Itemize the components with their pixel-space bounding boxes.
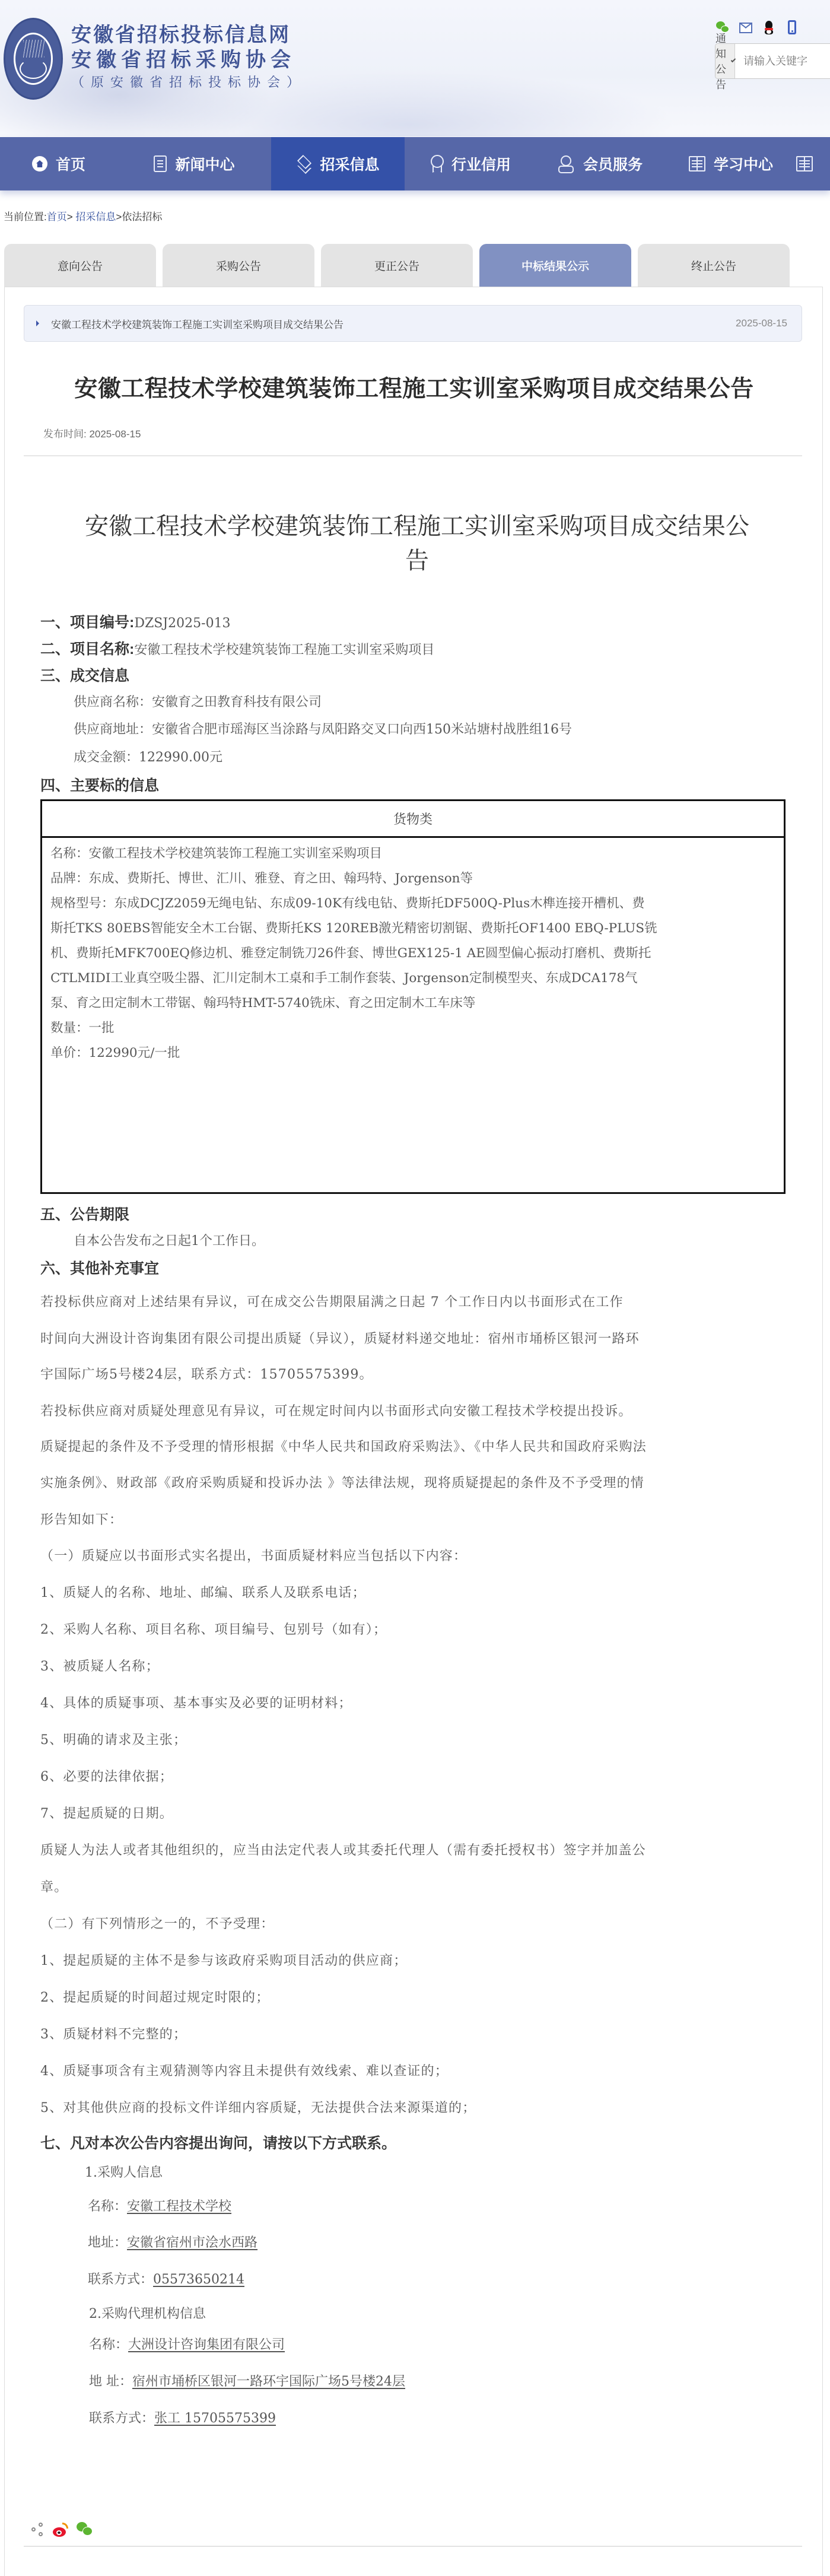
breadcrumb-separator: > [67,211,73,223]
goods-line: 斯托TKS 80EBS智能安全木工台锯、费斯托KS 120REB激光精密切割锯、… [50,916,775,941]
paragraph-line: 若投标供应商对上述结果有异议，可在成交公告期限届满之日起 7 个工作日内以书面形… [40,1292,624,1310]
section-project-name: 二、项目名称:安徽工程技术学校建筑装饰工程施工实训室采购项目 [40,637,434,659]
paragraph-line: 时间向大洲设计咨询集团有限公司提出质疑（异议），质疑材料递交地址：宿州市埇桥区银… [40,1329,640,1347]
tab-correction-notice[interactable]: 更正公告 [321,244,473,287]
nav-item-label: 行业信用 [451,153,511,174]
paragraph-line: 3、被质疑人名称； [40,1656,160,1675]
content-panel: 安徽工程技术学校建筑装饰工程施工实训室采购项目成交结果公告 2025-08-15… [4,287,823,2576]
section-label: 二、项目名称: [40,641,134,658]
home-icon [32,156,47,171]
user-icon [558,155,575,172]
logo-eye [20,59,47,79]
paragraph-line: 实施条例》、财政部《政府采购质疑和投诉办法 》等法律法规，现将质疑提起的条件及不… [40,1473,644,1491]
nav-item-home[interactable]: 首页 [0,137,117,190]
agency-heading: 2.采购代理机构信息 [89,2304,206,2322]
agency-contact: 联系方式：张工 15705575399 [89,2408,276,2426]
section-notice-period: 五、公告期限 [40,1203,129,1224]
paragraph-line: 2、提起质疑的时间超过规定时限的； [40,1987,269,2006]
purchaser-contact: 联系方式：05573650214 [88,2269,244,2288]
site-title-primary: 安徽省招标投标信息网 [71,23,306,47]
paragraph-line: 6、必要的法律依据； [40,1767,173,1785]
nav-item-label: 学习中心 [714,153,773,174]
list-item-date: 2025-08-15 [736,317,787,329]
section-other-matters: 六、其他补充事宜 [40,1257,159,1278]
article-title: 安徽工程技术学校建筑装饰工程施工实训室采购项目成交结果公 告 [40,509,794,578]
field-label: 名称： [88,2199,127,2214]
publish-time: 发布时间: 2025-08-15 [43,425,141,440]
divider [24,455,802,456]
field-label: 联系方式： [88,2272,153,2287]
breadcrumb: 当前位置:首页> 招采信息>依法招标 [4,208,162,223]
share-bar [31,2522,93,2537]
paragraph-line: 质疑提起的条件及不予受理的情形根据《中华人民共和国政府采购法》、《中华人民共和国… [40,1437,647,1455]
weibo-icon[interactable] [53,2523,68,2537]
agency-name-value: 大洲设计咨询集团有限公司 [128,2337,285,2352]
supplier-name: 供应商名称：安徽育之田教育科技有限公司 [74,692,322,710]
paragraph-line: 3、质疑材料不完整的； [40,2024,187,2043]
nav-item-industry-credit[interactable]: 行业信用 [405,137,535,190]
paragraph-line: 质疑人为法人或者其他组织的，应当由法定代表人或其委托代理人（需有委托授权书）签字… [40,1840,646,1859]
project-name: 安徽工程技术学校建筑装饰工程施工实训室采购项目 [134,643,434,658]
goods-table: 货物类 名称：安徽工程技术学校建筑装饰工程施工实训室采购项目 品牌：东成、费斯托… [40,799,786,1194]
paragraph-line: 2、采购人名称、项目名称、项目编号、包别号（如有）； [40,1619,387,1638]
paragraph-line: 1、提起质疑的主体不是参与该政府采购项目活动的供应商； [40,1951,407,1969]
wechat-icon[interactable] [77,2522,93,2537]
agency-contact-value: 张工 15705575399 [154,2411,276,2426]
article-title-line: 告 [40,544,794,578]
notice-period-text: 自本公告发布之日起1个工作日。 [74,1231,265,1249]
section-deal-info: 三、成交信息 [40,664,129,685]
search-category-label: 通知公告 [715,30,729,92]
section-project-number: 一、项目编号:DZSJ2025-013 [40,611,231,632]
layers-icon [296,156,311,171]
nav-item-label: 首页 [56,153,85,174]
mail-icon[interactable] [739,23,752,33]
nav-item-label: 招采信息 [320,153,379,174]
breadcrumb-prefix: 当前位置: [4,211,47,223]
qq-icon[interactable] [762,20,775,34]
goods-line: 机、费斯托MFK700EQ修边机、雅登定制铣刀26件套、博世GEX125-1 A… [50,941,775,966]
paragraph-line: 形告知如下： [40,1510,123,1528]
search-category-select[interactable]: 通知公告 [715,44,735,78]
tab-award-result[interactable]: 中标结果公示 [479,244,631,287]
site-title-secondary: 安徽省招标采购协会 [71,47,306,72]
paragraph-line: （二）有下列情形之一的，不予受理： [40,1914,274,1932]
announcement-list-item[interactable]: 安徽工程技术学校建筑装饰工程施工实训室采购项目成交结果公告 2025-08-15 [24,305,802,342]
paragraph-line: 宇国际广场5号楼24层，联系方式：15705575399。 [40,1364,373,1383]
section-contact: 七、凡对本次公告内容提出询问，请按以下方式联系。 [40,2132,396,2153]
association-logo[interactable] [4,18,63,100]
search-box: 通知公告 [715,43,830,79]
breadcrumb-current: 依法招标 [122,211,162,223]
site-header: 安徽省招标投标信息网 安徽省招标采购协会 （原安徽省招标投标协会） 通知公告 [0,0,830,136]
breadcrumb-section-link[interactable]: 招采信息 [75,211,116,223]
site-title-former-name: （原安徽省招标投标协会） [71,74,306,93]
goods-line: 规格型号：东成DCJZ2059无绳电钻、东成09-10K有线电钻、费斯托DF50… [50,891,775,916]
purchaser-address-value: 安徽省宿州市浍水西路 [127,2235,257,2250]
share-icon[interactable] [31,2523,44,2537]
project-number: DZSJ2025-013 [134,616,230,631]
list-item-title: 安徽工程技术学校建筑装饰工程施工实训室采购项目成交结果公告 [51,316,736,331]
purchaser-name-value: 安徽工程技术学校 [127,2199,231,2214]
logo-bridge-lines [23,40,44,58]
nav-item-member-service[interactable]: 会员服务 [535,137,666,190]
goods-line: 名称：安徽工程技术学校建筑装饰工程施工实训室采购项目 [50,841,775,866]
main-nav: 首页 新闻中心 招采信息 行业信用 会员服务 学习中心 [0,137,830,190]
section-label: 一、项目编号: [40,614,134,631]
book-icon [689,156,705,171]
article-title-line: 安徽工程技术学校建筑装饰工程施工实训室采购项目成交结果公 [40,509,794,544]
medal-icon [429,155,443,173]
search-input[interactable] [735,44,830,78]
goods-line: 品牌：东成、费斯托、博世、汇川、雅登、育之田、翰玛特、Jorgenson等 [50,866,775,891]
breadcrumb-separator: > [116,211,122,223]
paragraph-line: 7、提起质疑的日期。 [40,1803,173,1822]
goods-table-body: 名称：安徽工程技术学校建筑装饰工程施工实训室采购项目 品牌：东成、费斯托、博世、… [42,838,784,1069]
agency-name: 名称：大洲设计咨询集团有限公司 [89,2334,285,2353]
supplier-address: 供应商地址：安徽省合肥市瑶海区当涂路与凤阳路交叉口向西150米站塘村战胜组16号 [74,719,572,738]
nav-item-news[interactable]: 新闻中心 [117,137,271,190]
announcement-tabs: 意向公告 采购公告 更正公告 中标结果公示 终止公告 [4,244,790,287]
goods-line: 数量：一批 [50,1016,775,1041]
news-icon [154,155,167,172]
paragraph-line: 5、明确的请求及主张； [40,1730,187,1748]
field-label: 联系方式： [89,2411,154,2426]
nav-item-procurement-info[interactable]: 招采信息 [271,137,405,190]
purchaser-heading: 1.采购人信息 [85,2162,163,2181]
divider [24,2546,802,2547]
purchaser-name: 名称：安徽工程技术学校 [88,2196,231,2215]
paragraph-line: 若投标供应商对质疑处理意见有异议，可在规定时间内以书面形式向安徽工程技术学校提出… [40,1401,632,1419]
purchaser-address: 地址：安徽省宿州市浍水西路 [88,2232,257,2251]
goods-table-header: 货物类 [42,801,784,838]
deal-amount: 成交金额：122990.00元 [74,747,222,766]
nav-item-learning-center[interactable]: 学习中心 [666,137,796,190]
goods-line: 单价：122990元/一批 [50,1041,775,1066]
field-label: 名称： [89,2337,128,2352]
paragraph-line: 章。 [40,1877,68,1895]
book-icon [796,156,813,171]
site-titles: 安徽省招标投标信息网 安徽省招标采购协会 （原安徽省招标投标协会） [71,23,306,93]
paragraph-line: 4、质疑事项含有主观猜测等内容且未提供有效线索、难以查证的； [40,2061,449,2079]
purchaser-contact-value: 05573650214 [153,2272,244,2287]
paragraph-line: （一）质疑应以书面形式实名提出，书面质疑材料应当包括以下内容： [40,1546,467,1564]
nav-item-label: 新闻中心 [175,153,234,174]
agency-address-value: 宿州市埇桥区银河一路环宇国际广场5号楼24层 [132,2374,405,2389]
paragraph-line: 1、质疑人的名称、地址、邮编、联系人及联系电话； [40,1583,366,1601]
section-main-items: 四、主要标的信息 [40,774,159,795]
breadcrumb-home-link[interactable]: 首页 [47,211,67,223]
field-label: 地 址： [89,2374,132,2389]
nav-item-label: 会员服务 [583,153,643,174]
paragraph-line: 4、具体的质疑事项、基本事实及必要的证明材料； [40,1693,352,1711]
field-label: 地址： [88,2235,127,2250]
tab-intent-notice[interactable]: 意向公告 [4,244,156,287]
tab-termination-notice[interactable]: 终止公告 [638,244,790,287]
goods-line: CTLMIDI工业真空吸尘器、汇川定制木工桌和手工制作套装、Jorgenson定… [50,966,775,991]
nav-item-more[interactable] [796,137,830,190]
goods-line: 泵、育之田定制木工带锯、翰玛特HMT-5740铣床、育之田定制木工车床等 [50,991,775,1016]
caret-right-icon [36,320,39,326]
tab-procurement-notice[interactable]: 采购公告 [163,244,314,287]
page-title: 安徽工程技术学校建筑装饰工程施工实训室采购项目成交结果公告 [5,370,823,404]
paragraph-line: 5、对其他供应商的投标文件详细内容质疑，无法提供合法来源渠道的； [40,2098,476,2116]
phone-icon[interactable] [788,20,796,34]
agency-address: 地 址：宿州市埇桥区银河一路环宇国际广场5号楼24层 [89,2371,405,2390]
